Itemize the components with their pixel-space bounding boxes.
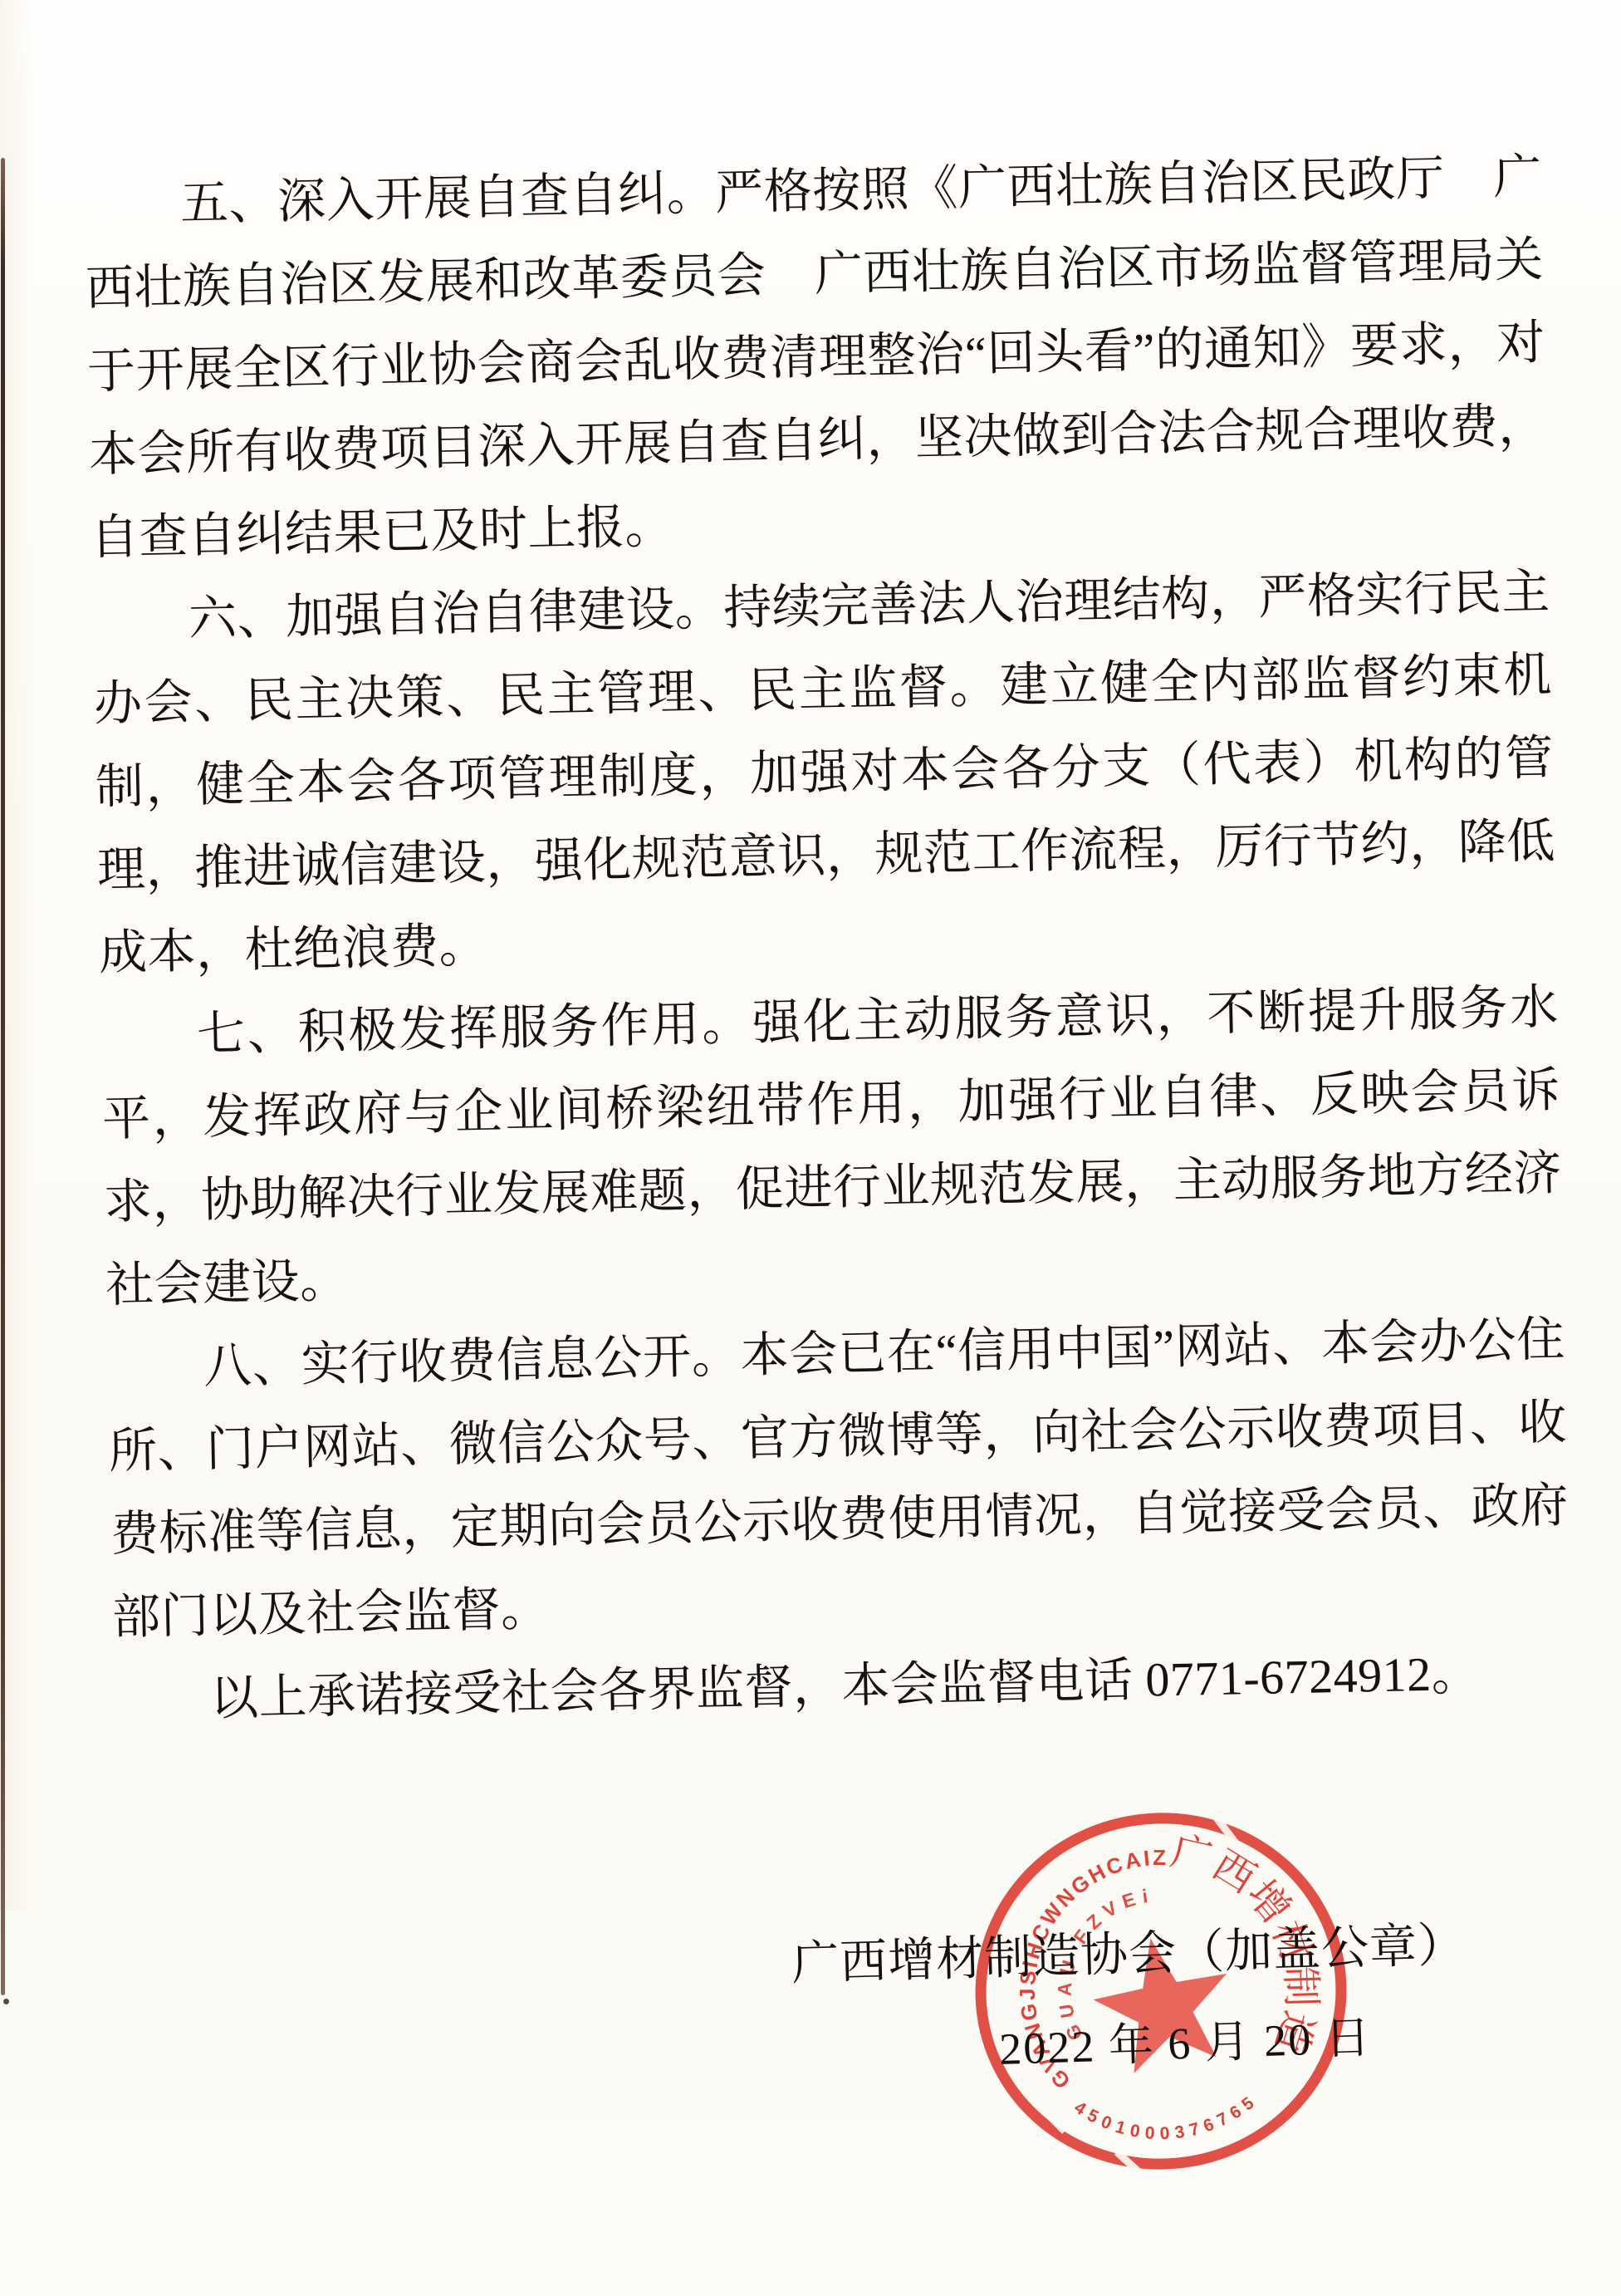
scan-speck [3, 1999, 9, 2004]
signature-line: 广西增材制造协会（加盖公章） [791, 1906, 1467, 1994]
seal-serial-number: 4501000376765 [1070, 2083, 1265, 2152]
paragraph-8: 八、实行收费信息公开。本会已在“信用中国”网站、本会办公住所、门户网站、微信公众… [106, 1298, 1571, 1659]
date-line: 2022 年 6 月 20 日 [998, 2002, 1373, 2078]
scan-left-shading [0, 0, 33, 1911]
scan-edge-artifact [1, 158, 5, 1995]
svg-text:4501000376765: 4501000376765 [1070, 2083, 1265, 2152]
document-body: 五、深入开展自查自纠。严格按照《广西壮族自治区民政厅 广西壮族自治区发展和改革委… [83, 135, 1573, 1743]
paragraph-5: 五、深入开展自查自纠。严格按照《广西壮族自治区民政厅 广西壮族自治区发展和改革委… [83, 135, 1550, 580]
paragraph-6: 六、加强自治自律建设。持续完善法人治理结构，严格实行民主办会、民主决策、民主管理… [91, 551, 1558, 995]
document-page: 五、深入开展自查自纠。严格按照《广西壮族自治区民政厅 广西壮族自治区发展和改革委… [0, 0, 1621, 2296]
paragraph-7: 七、积极发挥服务作用。强化主动服务意识，不断提升服务水平，发挥政府与企业间桥梁纽… [100, 966, 1565, 1327]
official-seal: GVANGJSIHCWNGHCAIZ广西增材制造协会 GUAU FZVEi 45… [962, 1794, 1360, 2188]
